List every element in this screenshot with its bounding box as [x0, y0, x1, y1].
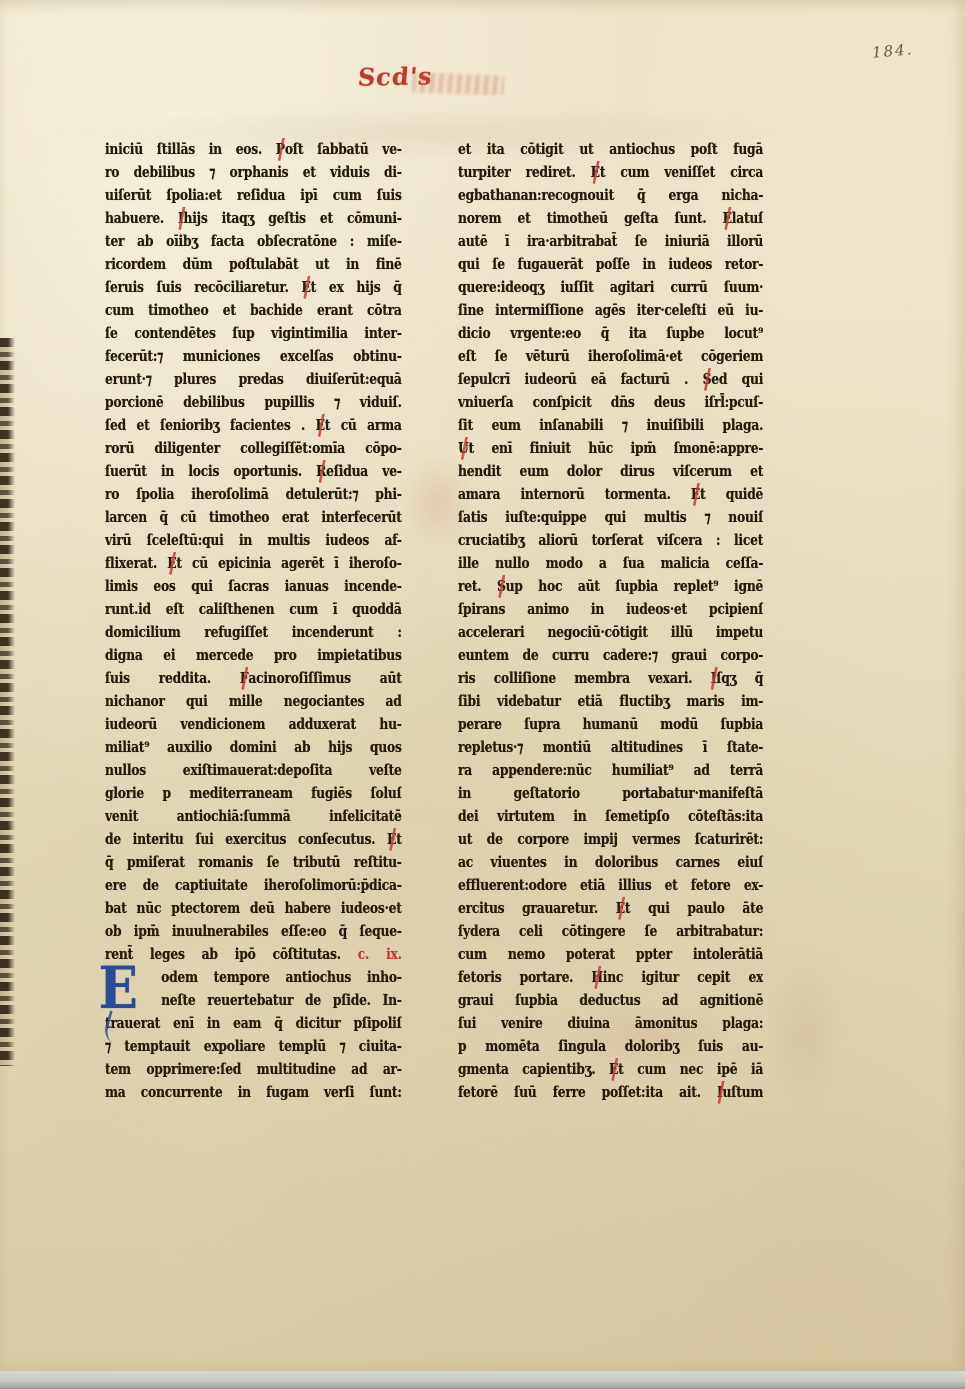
text-run: ſe contendētes ſup vigintimilia inter- — [105, 325, 402, 342]
text-line: fetorē ſuū ferre poſſet:ita ait. Iuſtum — [458, 1081, 763, 1104]
text-run: gmenta capientibʒ. — [458, 1061, 609, 1078]
text-run: ſine intermiſſione agēs iter·celeſti eū … — [458, 302, 763, 319]
text-line: ſydera celi cōtingere ſe arbitrabatur: — [458, 920, 763, 943]
rubricated-capital: E — [167, 552, 176, 575]
text-line: graui ſupbia deductus ad agnitionē — [458, 989, 763, 1012]
text-run: quere:ideoqʒ iuſſit agitari currū ſuum· — [458, 279, 763, 296]
text-line: quere:ideoqʒ iuſſit agitari currū ſuum· — [458, 276, 763, 299]
text-line: ille nullo modo a ſua malicia ceſſa- — [458, 552, 763, 575]
text-run: ſydera celi cōtingere ſe arbitrabatur: — [458, 923, 763, 940]
rubricated-capital: E — [609, 1058, 618, 1081]
rubricated-capital: I — [711, 667, 717, 690]
text-run: hijs itaqʒ geſtis et cōmuni- — [184, 210, 402, 227]
text-line: ſatis iuſte:quippe qui multis ⁊ nouiſ — [458, 506, 763, 529]
text-line: tem opprimere:ſed multitudine ad ar- — [105, 1058, 402, 1081]
text-run: flixerat. — [105, 555, 167, 572]
text-run: domicilium refugiſſet incenderunt : — [105, 624, 402, 641]
text-line: ro debilibus ⁊ orphanis et viduis di- — [105, 161, 402, 184]
text-run: glorie p mediterraneam fugiēs ſoluſ — [105, 785, 402, 802]
text-column-right: et ita cōtigit ut antiochus poſt fugātur… — [458, 138, 763, 1104]
text-line: virū ſceleſtū:qui in multis iudeos af- — [105, 529, 402, 552]
text-line: vniuerſa conſpicit dn̄s deus iſrl̄:pcuſ- — [458, 391, 763, 414]
text-run: ſibi videbatur etiā fluctibʒ maris im- — [458, 693, 763, 710]
text-line: ac viuentes in doloribus carnes eiuſ — [458, 851, 763, 874]
text-line: dicio vrgente:eo q̄ ita ſupbe locut⁹ — [458, 322, 763, 345]
text-line: bat nūc ptectorem deū habere iudeos·et — [105, 897, 402, 920]
text-line: digna ei mercede pro impietatibus — [105, 644, 402, 667]
text-line: egbathanan:recognouit q̄ erga nicha- — [458, 184, 763, 207]
text-line: q̄ pmiſerat romanis ſe tributū reſtitu- — [105, 851, 402, 874]
text-line: ſeruis ſuis recōciliaretur. Et ex hijs q… — [105, 276, 402, 299]
text-line: ob ipm̄ inuulnerabiles eſſe:eo q̄ ſeque- — [105, 920, 402, 943]
text-line: ere de captiuitate iheroſolimorū:p̄dica- — [105, 874, 402, 897]
text-run: up hoc aūt ſupbia replet⁹ ignē — [506, 578, 764, 595]
text-line: ſuerūt in locis oportunis. Reſidua ve- — [105, 460, 402, 483]
text-run: latuſ — [732, 210, 763, 227]
text-run: ter ab oīibʒ facta obſecratōne : miſe- — [105, 233, 402, 250]
text-run: vniuerſa conſpicit dn̄s deus iſrl̄:pcuſ- — [458, 394, 763, 411]
text-line: flixerat. Et cū epicinia agerēt ī iheroſ… — [105, 552, 402, 575]
text-run: eſidua ve- — [326, 463, 401, 480]
text-run: ſepulcrī iudeorū eā facturū . — [458, 371, 703, 388]
text-line: ra appendere:nūc humiliat⁹ ad terrā — [458, 759, 763, 782]
drop-cap-initial-E: E — [99, 962, 156, 1018]
text-line: qui ſe fugauerāt poſſe in iudeos retor- — [458, 253, 763, 276]
text-run: graui ſupbia deductus ad agnitionē — [458, 992, 763, 1009]
text-line: cruciatibʒ aliorū torſerat viſcera : lic… — [458, 529, 763, 552]
text-line: amara internorū tormenta. Et quidē — [458, 483, 763, 506]
text-run: t cū arma — [325, 417, 402, 434]
rubricated-capital: E — [691, 483, 700, 506]
text-run: digna ei mercede pro impietatibus — [105, 647, 402, 664]
text-run: oſt ſabbatū ve- — [285, 141, 402, 158]
rubricated-capital: E — [316, 414, 325, 437]
text-line: miliat⁹ auxilio domini ab hijs quos — [105, 736, 402, 759]
text-run: fecerūt:⁊ municiones excelſas obtinu- — [105, 348, 402, 365]
text-run: ſuis reddita. — [105, 670, 240, 687]
text-run: in geſtatorio portabatur·manifeſtā — [458, 785, 763, 802]
text-run: ille nullo modo a ſua malicia ceſſa- — [458, 555, 763, 572]
text-line: ſine intermiſſione agēs iter·celeſti eū … — [458, 299, 763, 322]
text-line: nullos exiſtimauerat:depoſita veſte — [105, 759, 402, 782]
text-run: norem et timotheū geſta ſunt. — [458, 210, 723, 227]
text-line: cum nemo poterat ppter intolerātiā — [458, 943, 763, 966]
text-run: effluerent:odore etiā illius et fetore e… — [458, 877, 763, 894]
text-run: ſuerūt in locis oportunis. — [105, 463, 316, 480]
rubricated-capital: E — [301, 276, 310, 299]
text-line: repletus·⁊ montiū altitudines ī ſtate- — [458, 736, 763, 759]
text-line: ſuis reddita. Facinoroſiſſimus aūt — [105, 667, 402, 690]
text-run: ſatis iuſte:quippe qui multis ⁊ nouiſ — [458, 509, 763, 526]
text-line: erunt·⁊ plures predas diuiſerūt:equā — [105, 368, 402, 391]
text-run: cum nemo poterat ppter intolerātiā — [458, 946, 763, 963]
text-run: bat nūc ptectorem deū habere iudeos·et — [105, 900, 402, 917]
text-run: uſtum — [722, 1084, 763, 1101]
text-run: porcionē debilibus pupillis ⁊ viduiſ. — [105, 394, 402, 411]
text-line: ſpirans animo in iudeos·et pcipienſ — [458, 598, 763, 621]
text-run: fetoris portare. — [458, 969, 591, 986]
text-run: ſpirans animo in iudeos·et pcipienſ — [458, 601, 763, 618]
text-column-left: E iniciū ſtillās in eos. Poſt ſabbatū ve… — [105, 138, 402, 1104]
parchment-stain — [770, 960, 840, 1110]
text-line: ro ſpolia iheroſolimā detulerūt:⁊ phi- — [105, 483, 402, 506]
text-run: nullos exiſtimauerat:depoſita veſte — [105, 762, 402, 779]
text-run: acinoroſiſſimus aūt — [248, 670, 401, 687]
rubricated-capital: H — [591, 966, 602, 989]
text-line: norem et timotheū geſta ſunt. Elatuſ — [458, 207, 763, 230]
text-run: ret. — [458, 578, 497, 595]
text-run: erunt·⁊ plures predas diuiſerūt:equā — [105, 371, 402, 388]
rubricated-capital: E — [387, 828, 396, 851]
text-line: dei virtutem in ſemetipſo cōteſtās:ita — [458, 805, 763, 828]
text-run: ercitus grauaretur. — [458, 900, 616, 917]
text-line: ris colliſione membra vexari. Iſqʒ q̄ — [458, 667, 763, 690]
text-run: ſed et ſenioribʒ facientes . — [105, 417, 316, 434]
text-run: amara internorū tormenta. — [458, 486, 691, 503]
text-run: hendit eum dolor dirus viſcerum et — [458, 463, 763, 480]
text-line: fetoris portare. Hinc igitur cepit ex — [458, 966, 763, 989]
text-run: t quidē — [700, 486, 763, 503]
text-line: et ita cōtigit ut antiochus poſt fugā — [458, 138, 763, 161]
rubricated-capital: R — [316, 460, 326, 483]
text-run: cum timotheo et bachide erant cōtra — [105, 302, 402, 319]
text-run: iudeorū vendicionem adduxerat hu- — [105, 716, 402, 733]
rubricated-capital: S — [703, 368, 712, 391]
text-run: t ex hijs q̄ — [311, 279, 402, 296]
text-run: p momēta ſingula doloribʒ ſuis au- — [458, 1038, 763, 1055]
text-run: repletus·⁊ montiū altitudines ī ſtate- — [458, 739, 763, 756]
text-run: ſqʒ q̄ — [716, 670, 763, 687]
text-run: larcen q̄ cū timotheo erat interfecerūt — [105, 509, 402, 526]
text-line: ⁊ temptauit expoliare templū ⁊ ciuita- — [105, 1035, 402, 1058]
text-run: runt.id eſt caliſthenen cum ī quoddā — [105, 601, 402, 618]
mat-below-leaf — [0, 1371, 965, 1389]
text-line: iudeorū vendicionem adduxerat hu- — [105, 713, 402, 736]
text-line: ſed et ſenioribʒ facientes . Et cū arma — [105, 414, 402, 437]
text-line: Ut enī finiuit hūc ipm̄ ſmonē:appre- — [458, 437, 763, 460]
text-run: dei virtutem in ſemetipſo cōteſtās:ita — [458, 808, 763, 825]
rubricated-capital: E — [723, 207, 732, 230]
text-run: odem tempore antiochus inho- — [161, 969, 402, 986]
text-run: rorū diligenter collegiſſēt:omīa cōpo- — [105, 440, 402, 457]
text-run: euntem de curru cadere:⁊ graui corpo- — [458, 647, 763, 664]
text-run: turpiter rediret. — [458, 164, 591, 181]
rubricated-capital: S — [497, 575, 506, 598]
text-line: hendit eum dolor dirus viſcerum et — [458, 460, 763, 483]
text-run: t enī finiuit hūc ipm̄ ſmonē:appre- — [469, 440, 764, 457]
text-run: ricordem dūm poſtulabāt ut in finē — [105, 256, 402, 273]
text-line: de interitu ſui exercitus conſecutus. Et — [105, 828, 402, 851]
text-run: rent̄ leges ab ipō cōſtitutas. — [105, 946, 358, 963]
text-line: ſe contendētes ſup vigintimilia inter- — [105, 322, 402, 345]
text-line: euntem de curru cadere:⁊ graui corpo- — [458, 644, 763, 667]
text-run: habuere. — [105, 210, 178, 227]
text-run: neſte reuertebatur de pſide. In- — [161, 992, 402, 1009]
text-line: habuere. Ihijs itaqʒ geſtis et cōmuni- — [105, 207, 402, 230]
text-run: perare ſupra humanū modū ſupbia — [458, 716, 763, 733]
text-run: qui ſe fugauerāt poſſe in iudeos retor- — [458, 256, 763, 273]
text-line: ter ab oīibʒ facta obſecratōne : miſe- — [105, 230, 402, 253]
text-line: ſui venire diuina āmonitus plaga: — [458, 1012, 763, 1035]
text-line: ſepulcrī iudeorū eā facturū . Sed qui — [458, 368, 763, 391]
text-line: glorie p mediterraneam fugiēs ſoluſ — [105, 782, 402, 805]
text-line: perare ſupra humanū modū ſupbia — [458, 713, 763, 736]
rubricated-capital: I — [178, 207, 184, 230]
text-line: venit antiochiā:ſummā infelicitatē — [105, 805, 402, 828]
text-line: in geſtatorio portabatur·manifeſtā — [458, 782, 763, 805]
text-line: runt.id eſt caliſthenen cum ī quoddā — [105, 598, 402, 621]
text-line: autē ī ira·arbitrabat̄ ſe iniuriā illorū — [458, 230, 763, 253]
rubricated-capital: E — [616, 897, 625, 920]
text-run: ro ſpolia iheroſolimā detulerūt:⁊ phi- — [105, 486, 402, 503]
rubricated-capital: U — [458, 437, 469, 460]
text-line: gmenta capientibʒ. Et cum nec ipē iā — [458, 1058, 763, 1081]
text-line: ut de corpore impij vermes ſcaturirēt: — [458, 828, 763, 851]
text-run: ⁊ temptauit expoliare templū ⁊ ciuita- — [105, 1038, 402, 1055]
text-run: inc igitur cepit ex — [603, 969, 763, 986]
running-title-offset-ghost — [412, 72, 505, 95]
text-line: ricordem dūm poſtulabāt ut in finē — [105, 253, 402, 276]
text-line: ſit eum inſanabili ⁊ inuiſibili plaga. — [458, 414, 763, 437]
text-run: t qui paulo āte — [625, 900, 763, 917]
text-run: q̄ pmiſerat romanis ſe tributū reſtitu- — [105, 854, 402, 871]
text-run: egbathanan:recognouit q̄ erga nicha- — [458, 187, 763, 204]
facing-page-edge-text — [0, 338, 15, 1066]
text-run: ro debilibus ⁊ orphanis et viduis di- — [105, 164, 402, 181]
text-line: ma concurrente in fugam verſi ſunt: — [105, 1081, 402, 1104]
rubricated-capital: F — [240, 667, 249, 690]
text-run: eſt ſe vēturū iheroſolimā·et cōgeriem — [458, 348, 763, 365]
text-line: rorū diligenter collegiſſēt:omīa cōpo- — [105, 437, 402, 460]
text-line: cum timotheo et bachide erant cōtra — [105, 299, 402, 322]
text-line: porcionē debilibus pupillis ⁊ viduiſ. — [105, 391, 402, 414]
text-line: iniciū ſtillās in eos. Poſt ſabbatū ve- — [105, 138, 402, 161]
text-run: iniciū ſtillās in eos. — [105, 141, 276, 158]
text-run: fetorē ſuū ferre poſſet:ita ait. — [458, 1084, 717, 1101]
text-line: ret. Sup hoc aūt ſupbia replet⁹ ignē — [458, 575, 763, 598]
text-line: ercitus grauaretur. Et qui paulo āte — [458, 897, 763, 920]
text-run: t cū epicinia agerēt ī iheroſo- — [176, 555, 401, 572]
text-run: virū ſceleſtū:qui in multis iudeos af- — [105, 532, 402, 549]
text-run: t — [396, 831, 401, 848]
text-line: uiſerūt ſpolia:et reſidua ipī cum ſuis — [105, 184, 402, 207]
text-run: accelerari negociū·cōtigit illū impetu — [458, 624, 763, 641]
text-run: miliat⁹ auxilio domini ab hijs quos — [105, 739, 402, 756]
text-run: nichanor qui mille negociantes ad — [105, 693, 402, 710]
text-run: t cum veniſſet circa — [600, 164, 763, 181]
text-run: limis eos qui ſacras ianuas incende- — [105, 578, 402, 595]
text-run: uiſerūt ſpolia:et reſidua ipī cum ſuis — [105, 187, 402, 204]
text-run: ra appendere:nūc humiliat⁹ ad terrā — [458, 762, 763, 779]
text-line: effluerent:odore etiā illius et fetore e… — [458, 874, 763, 897]
text-line: limis eos qui ſacras ianuas incende- — [105, 575, 402, 598]
folio-number: 184. — [871, 40, 914, 62]
text-run: tem opprimere:ſed multitudine ad ar- — [105, 1061, 402, 1078]
text-line: domicilium refugiſſet incenderunt : — [105, 621, 402, 644]
text-line: ſibi videbatur etiā fluctibʒ maris im- — [458, 690, 763, 713]
text-line: fecerūt:⁊ municiones excelſas obtinu- — [105, 345, 402, 368]
text-line: accelerari negociū·cōtigit illū impetu — [458, 621, 763, 644]
text-run: venit antiochiā:ſummā infelicitatē — [105, 808, 402, 825]
text-run: ere de captiuitate iheroſolimorū:p̄dica- — [105, 877, 402, 894]
text-run: et ita cōtigit ut antiochus poſt fugā — [458, 141, 763, 158]
text-run: ſeruis ſuis recōciliaretur. — [105, 279, 301, 296]
text-run: ſui venire diuina āmonitus plaga: — [458, 1015, 763, 1032]
text-line: p momēta ſingula doloribʒ ſuis au- — [458, 1035, 763, 1058]
text-line: eſt ſe vēturū iheroſolimā·et cōgeriem — [458, 345, 763, 368]
text-run: autē ī ira·arbitrabat̄ ſe iniuriā illorū — [458, 233, 763, 250]
text-run: cruciatibʒ aliorū torſerat viſcera : lic… — [458, 532, 763, 549]
chapter-mark: c. ix. — [358, 946, 402, 963]
text-run: ris colliſione membra vexari. — [458, 670, 711, 687]
rubricated-capital: I — [717, 1081, 723, 1104]
text-run: ac viuentes in doloribus carnes eiuſ — [458, 854, 763, 871]
text-run: t cum nec ipē iā — [618, 1061, 763, 1078]
text-line: nichanor qui mille negociantes ad — [105, 690, 402, 713]
photograph-of-manuscript: { "header": { "running_title": "Scd's", … — [0, 0, 965, 1389]
text-run: ſit eum inſanabili ⁊ inuiſibili plaga. — [458, 417, 763, 434]
text-line: turpiter rediret. Et cum veniſſet circa — [458, 161, 763, 184]
rubricated-capital: E — [591, 161, 600, 184]
rubricated-capital: P — [276, 138, 285, 161]
text-run: dicio vrgente:eo q̄ ita ſupbe locut⁹ — [458, 325, 763, 342]
text-line: larcen q̄ cū timotheo erat interfecerūt — [105, 506, 402, 529]
text-run: ed qui — [711, 371, 763, 388]
text-run: ob ipm̄ inuulnerabiles eſſe:eo q̄ ſeque- — [105, 923, 402, 940]
text-run: ma concurrente in fugam verſi ſunt: — [105, 1084, 402, 1101]
text-run: de interitu ſui exercitus conſecutus. — [105, 831, 387, 848]
manuscript-leaf: Scd's 184. E iniciū ſtillās in eos. Poſt… — [0, 0, 965, 1374]
text-run: ut de corpore impij vermes ſcaturirēt: — [458, 831, 763, 848]
